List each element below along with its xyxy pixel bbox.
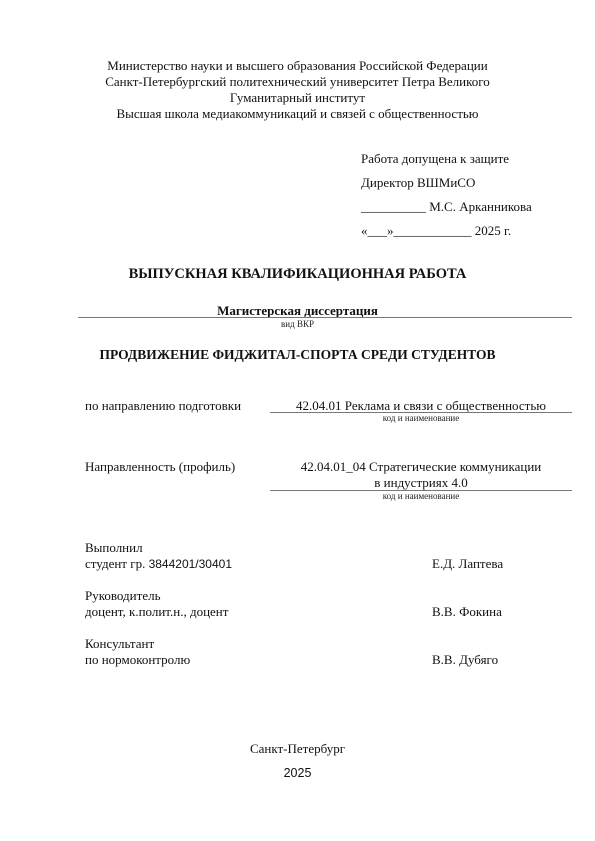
author-group-code: 3844201/30401 bbox=[149, 557, 232, 571]
thesis-topic: ПРОДВИЖЕНИЕ ФИДЖИТАЛ-СПОРТА СРЕДИ СТУДЕН… bbox=[0, 347, 595, 363]
date-year: 2025 г. bbox=[475, 223, 511, 238]
supervisor-title: доцент, к.полит.н., доцент bbox=[85, 604, 228, 620]
consultant-title: по нормоконтролю bbox=[85, 652, 190, 668]
institute-line: Гуманитарный институт bbox=[0, 90, 595, 106]
director-name: М.С. Арканникова bbox=[429, 199, 532, 214]
work-type-underline bbox=[78, 317, 572, 318]
profile-value-line1: 42.04.01_04 Стратегические коммуникации bbox=[270, 459, 572, 475]
author-name: Е.Д. Лаптева bbox=[432, 556, 503, 572]
footer-year: 2025 bbox=[0, 766, 595, 780]
approval-line: Работа допущена к защите bbox=[361, 151, 509, 167]
profile-caption: код и наименование bbox=[270, 491, 572, 501]
consultant-name: В.В. Дубяго bbox=[432, 652, 498, 668]
approval-date: «___»____________ 2025 г. bbox=[361, 223, 511, 239]
author-group-prefix: студент гр. bbox=[85, 556, 149, 571]
author-group: студент гр. 3844201/30401 bbox=[85, 556, 232, 572]
author-role: Выполнил bbox=[85, 540, 143, 556]
document-title: ВЫПУСКНАЯ КВАЛИФИКАЦИОННАЯ РАБОТА bbox=[0, 266, 595, 283]
university-line: Санкт-Петербургский политехнический унив… bbox=[0, 74, 595, 90]
profile-value-line2: в индустриях 4.0 bbox=[270, 475, 572, 491]
signature-blank: __________ bbox=[361, 199, 426, 214]
supervisor-role: Руководитель bbox=[85, 588, 161, 604]
ministry-line: Министерство науки и высшего образования… bbox=[0, 58, 595, 74]
profile-label: Направленность (профиль) bbox=[85, 459, 235, 475]
work-type-caption: вид ВКР bbox=[0, 319, 595, 329]
direction-label: по направлению подготовки bbox=[85, 398, 241, 414]
footer-city: Санкт-Петербург bbox=[0, 741, 595, 757]
date-month-blank: ____________ bbox=[394, 223, 472, 238]
school-line: Высшая школа медиакоммуникаций и связей … bbox=[0, 106, 595, 122]
consultant-role: Консультант bbox=[85, 636, 154, 652]
director-title: Директор ВШМиСО bbox=[361, 175, 475, 191]
supervisor-name: В.В. Фокина bbox=[432, 604, 502, 620]
date-day-blank: ___ bbox=[368, 223, 388, 238]
direction-caption: код и наименование bbox=[270, 413, 572, 423]
director-signature: __________ М.С. Арканникова bbox=[361, 199, 532, 215]
